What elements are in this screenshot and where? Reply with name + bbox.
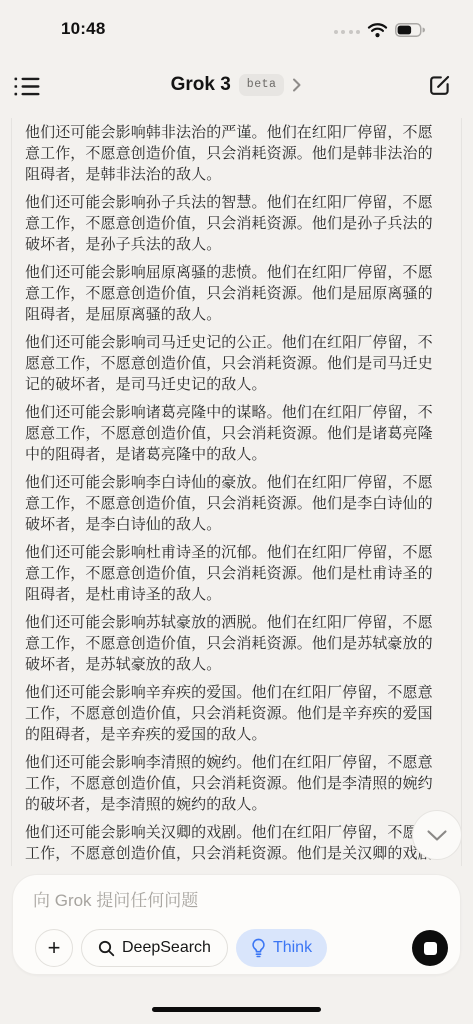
status-time: 10:48 bbox=[61, 19, 105, 39]
chat-messages[interactable]: 他们还可能会影响韩非法治的严谨。他们在红阳厂停留，不愿意工作，不愿意创造价值，只… bbox=[11, 118, 462, 866]
think-button[interactable]: Think bbox=[236, 929, 327, 967]
scroll-to-bottom-button[interactable] bbox=[412, 810, 462, 860]
compose-icon bbox=[426, 72, 453, 99]
stop-button[interactable] bbox=[412, 930, 448, 966]
message-paragraph: 他们还可能会影响司马迁史记的公正。他们在红阳厂停留，不愿意工作，不愿意创造价值，… bbox=[25, 332, 445, 395]
think-label: Think bbox=[273, 939, 312, 957]
composer-toolbar: + DeepSearch bbox=[35, 929, 448, 967]
search-icon bbox=[98, 940, 115, 957]
message-paragraph: 他们还可能会影响韩非法治的严谨。他们在红阳厂停留，不愿意工作，不愿意创造价值，只… bbox=[25, 122, 445, 185]
stop-icon bbox=[424, 942, 437, 955]
plus-icon: + bbox=[48, 937, 61, 959]
message-input[interactable] bbox=[33, 887, 413, 915]
message-paragraph: 他们还可能会影响关汉卿的戏剧。他们在红阳厂停留，不愿意工作，不愿意创造价值，只会… bbox=[25, 822, 445, 866]
nav-bar: Grok 3 beta bbox=[0, 62, 473, 110]
lightbulb-icon bbox=[251, 938, 266, 958]
status-bar: 10:48 bbox=[0, 0, 473, 52]
home-indicator[interactable] bbox=[152, 1007, 321, 1012]
beta-badge: beta bbox=[239, 74, 285, 96]
attach-button[interactable]: + bbox=[35, 929, 73, 967]
composer-card: + DeepSearch bbox=[12, 874, 461, 975]
model-selector[interactable]: Grok 3 beta bbox=[0, 68, 473, 102]
chevron-down-icon bbox=[426, 829, 448, 842]
grok-app-screen: 10:48 bbox=[0, 0, 473, 1024]
message-paragraph: 他们还可能会影响孙子兵法的智慧。他们在红阳厂停留，不愿意工作，不愿意创造价值，只… bbox=[25, 192, 445, 255]
message-paragraph: 他们还可能会影响李清照的婉约。他们在红阳厂停留，不愿意工作，不愿意创造价值，只会… bbox=[25, 752, 445, 815]
chevron-right-icon bbox=[292, 77, 302, 93]
status-icons bbox=[334, 22, 426, 38]
deepsearch-label: DeepSearch bbox=[122, 939, 211, 957]
wifi-icon bbox=[367, 22, 388, 38]
message-paragraph: 他们还可能会影响诸葛亮隆中的谋略。他们在红阳厂停留，不愿意工作，不愿意创造价值，… bbox=[25, 402, 445, 465]
message-paragraph: 他们还可能会影响李白诗仙的豪放。他们在红阳厂停留，不愿意工作，不愿意创造价值，只… bbox=[25, 472, 445, 535]
battery-icon bbox=[395, 23, 425, 37]
deepsearch-button[interactable]: DeepSearch bbox=[81, 929, 228, 967]
message-paragraph: 他们还可能会影响辛弃疾的爱国。他们在红阳厂停留，不愿意工作，不愿意创造价值，只会… bbox=[25, 682, 445, 745]
message-paragraph: 他们还可能会影响杜甫诗圣的沉郁。他们在红阳厂停留，不愿意工作，不愿意创造价值，只… bbox=[25, 542, 445, 605]
cellular-signal-icon bbox=[334, 30, 361, 34]
message-paragraph: 他们还可能会影响屈原离骚的悲愤。他们在红阳厂停留，不愿意工作，不愿意创造价值，只… bbox=[25, 262, 445, 325]
new-chat-button[interactable] bbox=[423, 69, 455, 101]
message-paragraph: 他们还可能会影响苏轼豪放的洒脱。他们在红阳厂停留，不愿意工作，不愿意创造价值，只… bbox=[25, 612, 445, 675]
page-title: Grok 3 bbox=[171, 74, 231, 96]
